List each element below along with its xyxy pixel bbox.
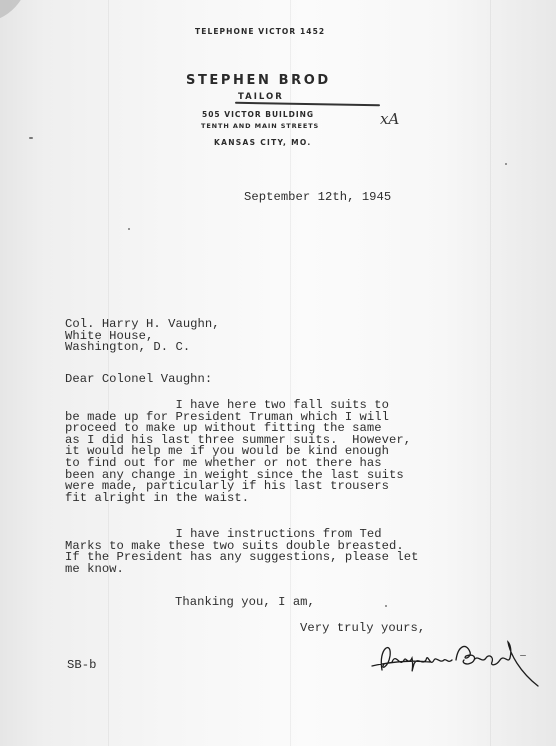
letter-page: TELEPHONE VICTOR 1452 STEPHEN BROD TAILO… [0, 0, 556, 746]
handwritten-mark: xA [380, 110, 399, 128]
salutation: Dear Colonel Vaughn: [65, 374, 212, 386]
signature-stephen-brod [370, 638, 540, 688]
body-paragraph-2: I have instructions from Ted Marks to ma… [65, 529, 418, 575]
letterhead-title: TAILOR [238, 92, 284, 102]
body-paragraph-1: I have here two fall suits to be made up… [65, 400, 411, 504]
letterhead-address-line1: 505 VICTOR BUILDING [202, 110, 314, 119]
speck [505, 163, 507, 165]
letterhead-telephone: TELEPHONE VICTOR 1452 [195, 27, 325, 36]
handwritten-underline [235, 102, 380, 107]
speck [128, 228, 130, 230]
letter-date: September 12th, 1945 [244, 192, 391, 204]
reference-initials: SB-b [67, 660, 96, 672]
letterhead-name: STEPHEN BROD [186, 73, 331, 88]
speck [385, 605, 387, 607]
closing-thanks: Thanking you, I am, [175, 597, 315, 609]
letterhead-city: KANSAS CITY, MO. [214, 138, 312, 147]
scan-line [490, 0, 491, 746]
recipient-address: Col. Harry H. Vaughn, White House, Washi… [65, 319, 220, 354]
complimentary-close: Very truly yours, [300, 623, 425, 635]
letterhead-address-line2: TENTH AND MAIN STREETS [201, 122, 319, 130]
speck [29, 137, 33, 139]
scan-corner-shadow [0, 0, 35, 24]
